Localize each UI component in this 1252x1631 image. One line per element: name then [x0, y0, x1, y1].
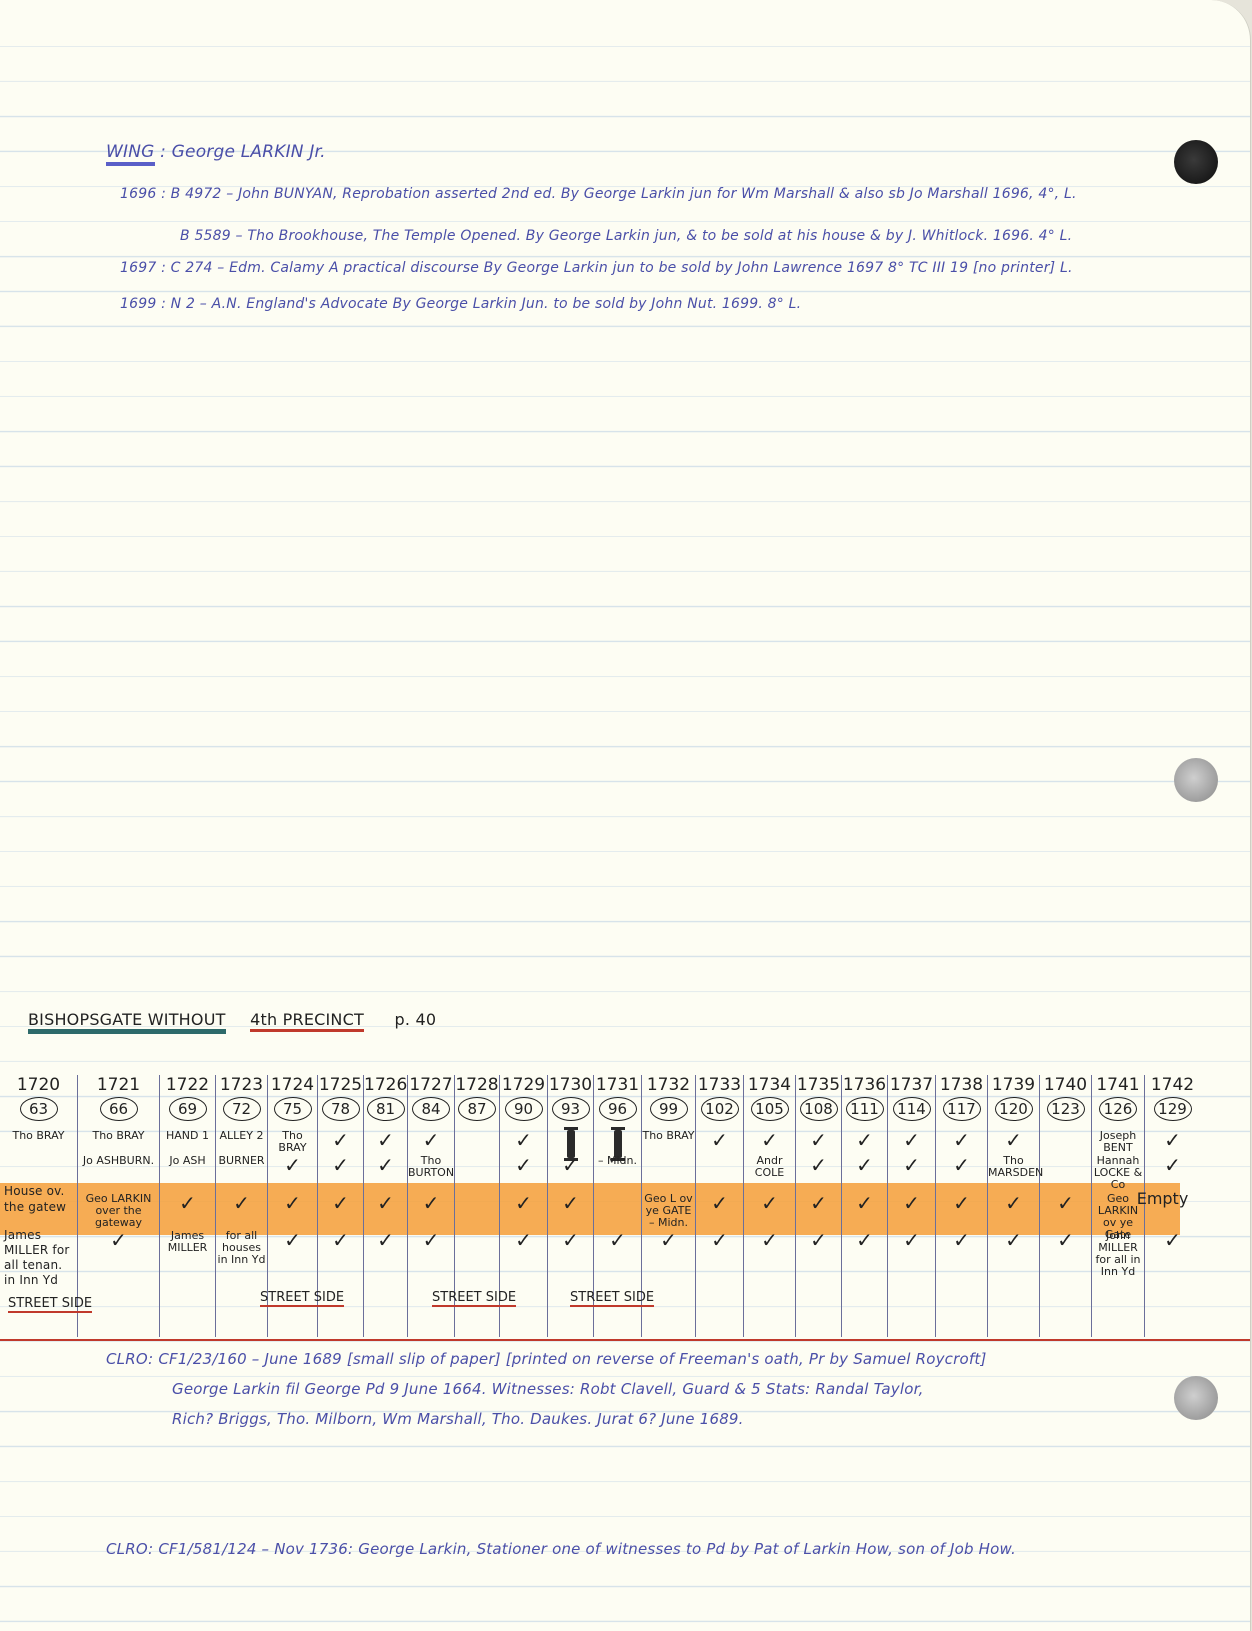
column-circled-number: 81	[367, 1097, 405, 1121]
check-mark-icon: ✓	[888, 1155, 935, 1175]
check-mark-icon: ✓	[548, 1230, 593, 1250]
check-mark-icon: ✓	[548, 1193, 593, 1213]
table-title: BISHOPSGATE WITHOUT 4th PRECINCT p. 40	[28, 1010, 436, 1029]
column-year: 1741	[1092, 1075, 1144, 1095]
check-mark-icon: ✓	[696, 1193, 743, 1213]
year-column: 1735108✓✓✓✓	[796, 1075, 842, 1337]
check-mark-icon: ✓	[936, 1193, 987, 1213]
occupant-name: Tho BRAY	[268, 1130, 317, 1154]
column-year: 1720	[0, 1075, 77, 1095]
year-column: 1737114✓✓✓✓	[888, 1075, 936, 1337]
column-year: 1730	[548, 1075, 593, 1095]
punch-hole-icon	[1174, 758, 1218, 802]
year-column: 172681✓✓✓✓	[364, 1075, 408, 1337]
column-year: 1733	[696, 1075, 743, 1095]
check-mark-icon: ✓	[642, 1230, 695, 1250]
check-mark-icon: ✓	[364, 1230, 407, 1250]
occupant-name: Andr COLE	[744, 1155, 795, 1179]
occupant-name: Tho MARSDEN	[988, 1155, 1039, 1179]
check-mark-icon: ✓	[408, 1130, 454, 1150]
column-circled-number: 123	[1047, 1097, 1085, 1121]
wing-entry-ref: N 2	[171, 296, 195, 312]
occupant-name: Geo LARKIN over the gateway	[78, 1193, 159, 1229]
check-mark-icon: ✓	[318, 1193, 363, 1213]
check-mark-icon: ✓	[500, 1155, 547, 1175]
wing-entry-ref: B 4972	[171, 186, 222, 202]
check-mark-icon: ✓	[216, 1193, 267, 1213]
check-mark-icon: ✓	[318, 1130, 363, 1150]
column-year: 1738	[936, 1075, 987, 1095]
check-mark-icon: ✓	[594, 1230, 641, 1250]
check-mark-icon: ✓	[936, 1155, 987, 1175]
occupant-name: Hannah LOCKE & Co	[1092, 1155, 1144, 1191]
occupant-name: Tho BRAY	[0, 1130, 77, 1142]
check-mark-icon: ✓	[888, 1230, 935, 1250]
notebook-page: WING : George LARKIN Jr. 1696 : B 4972 –…	[0, 0, 1251, 1631]
wing-entry: 1696 : B 4972 – John BUNYAN, Reprobation…	[120, 186, 1077, 202]
wing-entry: B 5589 – Tho Brookhouse, The Temple Open…	[180, 228, 1072, 244]
check-mark-icon: ✓	[408, 1193, 454, 1213]
occupant-name: – Midn.	[594, 1155, 641, 1167]
punch-hole-icon	[1174, 140, 1218, 184]
check-mark-icon: ✓	[500, 1230, 547, 1250]
column-circled-number: 96	[599, 1097, 637, 1121]
occupant-name: Jo ASH	[160, 1155, 215, 1167]
check-mark-icon: ✓	[988, 1193, 1039, 1213]
check-mark-icon: ✓	[318, 1230, 363, 1250]
column-circled-number: 129	[1154, 1097, 1192, 1121]
column-year: 1729	[500, 1075, 547, 1095]
column-circled-number: 84	[412, 1097, 450, 1121]
check-mark-icon: ✓	[796, 1130, 841, 1150]
wing-entry-year: 1697	[120, 260, 156, 276]
column-circled-number: 90	[505, 1097, 543, 1121]
check-mark-icon: ✓	[888, 1130, 935, 1150]
occupant-name: Empty	[1135, 1193, 1190, 1205]
street-side-label: STREET SIDE	[260, 1290, 344, 1307]
column-circled-number: 66	[100, 1097, 138, 1121]
column-circled-number: 99	[650, 1097, 688, 1121]
note-line: George Larkin fil George Pd 9 June 1664.…	[172, 1380, 924, 1398]
wing-entry-text: A.N. England's Advocate By George Larkin…	[212, 296, 802, 312]
check-mark-icon: ✓	[364, 1130, 407, 1150]
check-mark-icon: ✓	[1145, 1230, 1200, 1250]
column-circled-number: 117	[943, 1097, 981, 1121]
check-mark-icon: ✓	[796, 1193, 841, 1213]
wing-entry-text: Tho Brookhouse, The Temple Opened. By Ge…	[247, 228, 1072, 244]
punch-hole-icon	[1174, 1376, 1218, 1420]
check-mark-icon: ✓	[500, 1193, 547, 1213]
column-year: 1734	[744, 1075, 795, 1095]
column-year: 1731	[594, 1075, 641, 1095]
column-circled-number: 78	[322, 1097, 360, 1121]
year-column: 1736111✓✓✓✓	[842, 1075, 888, 1337]
check-mark-icon: ✓	[1040, 1230, 1091, 1250]
check-mark-icon: ✓	[888, 1193, 935, 1213]
check-mark-icon: ✓	[744, 1193, 795, 1213]
column-circled-number: 72	[223, 1097, 261, 1121]
street-side-label: STREET SIDE	[432, 1290, 516, 1307]
year-column: 1740123✓✓	[1040, 1075, 1092, 1337]
occupant-name: James MILLER	[160, 1230, 215, 1254]
check-mark-icon: ✓	[1145, 1130, 1200, 1150]
column-year: 1728	[455, 1075, 499, 1095]
column-year: 1735	[796, 1075, 841, 1095]
column-year: 1724	[268, 1075, 317, 1095]
check-mark-icon: ✓	[364, 1155, 407, 1175]
street-side-label: STREET SIDE	[570, 1290, 654, 1307]
check-mark-icon: ✓	[936, 1230, 987, 1250]
check-mark-icon: ✓	[500, 1130, 547, 1150]
wing-entry: 1697 : C 274 – Edm. Calamy A practical d…	[120, 260, 1073, 276]
column-circled-number: 75	[274, 1097, 312, 1121]
column-circled-number: 120	[995, 1097, 1033, 1121]
row-label-miller: James MILLER for all tenan. in Inn Yd	[4, 1228, 76, 1288]
check-mark-icon: ✓	[268, 1230, 317, 1250]
check-mark-icon: ✓	[842, 1230, 887, 1250]
wing-entry-ref: C 274	[171, 260, 213, 276]
check-mark-icon: ✓	[936, 1130, 987, 1150]
check-mark-icon: ✓	[548, 1155, 593, 1175]
table-title-part1: BISHOPSGATE WITHOUT	[28, 1010, 226, 1034]
year-column: 172269HAND 1Jo ASH✓James MILLER	[160, 1075, 216, 1337]
check-mark-icon: ✓	[988, 1130, 1039, 1150]
column-circled-number: 102	[701, 1097, 739, 1121]
occupant-name: John MILLER for all in Inn Yd	[1092, 1230, 1144, 1278]
column-year: 1742	[1145, 1075, 1200, 1095]
check-mark-icon: ✓	[842, 1155, 887, 1175]
occupant-name: HAND 1	[160, 1130, 215, 1142]
wing-heading: WING : George LARKIN Jr.	[106, 142, 326, 162]
wing-entry-text: Edm. Calamy A practical discourse By Geo…	[229, 260, 1073, 276]
note-line: Rich? Briggs, Tho. Milborn, Wm Marshall,…	[172, 1410, 744, 1428]
check-mark-icon: ✓	[744, 1130, 795, 1150]
check-mark-icon: ✓	[408, 1230, 454, 1250]
check-mark-icon: ✓	[796, 1155, 841, 1175]
year-column: 1733102✓✓✓	[696, 1075, 744, 1337]
table-bottom-rule	[0, 1339, 1250, 1341]
check-mark-icon: ✓	[1145, 1155, 1200, 1175]
year-column: 1739120✓Tho MARSDEN✓✓	[988, 1075, 1040, 1337]
occupant-name: Jo ASHBURN.	[78, 1155, 159, 1167]
check-mark-icon: ✓	[842, 1130, 887, 1150]
occupant-name: BURNER	[216, 1155, 267, 1167]
street-side-label: STREET SIDE	[8, 1296, 92, 1313]
check-mark-icon: ✓	[988, 1230, 1039, 1250]
check-mark-icon: ✓	[744, 1230, 795, 1250]
column-year: 1725	[318, 1075, 363, 1095]
wing-entry-year: 1699	[120, 296, 156, 312]
check-mark-icon: ✓	[1040, 1193, 1091, 1213]
occupant-name: Tho BRAY	[78, 1130, 159, 1142]
table-title-part2: 4th PRECINCT	[250, 1010, 364, 1032]
check-mark-icon: ✓	[364, 1193, 407, 1213]
wing-entry-year: 1696	[120, 186, 156, 202]
check-mark-icon: ✓	[268, 1193, 317, 1213]
check-mark-icon: ✓	[696, 1230, 743, 1250]
note-line: CLRO: CF1/23/160 – June 1689 [small slip…	[106, 1350, 987, 1368]
occupant-name: Tho BURTON	[408, 1155, 454, 1179]
column-year: 1739	[988, 1075, 1039, 1095]
occupant-name: for all houses in Inn Yd	[216, 1230, 267, 1266]
column-circled-number: 69	[169, 1097, 207, 1121]
check-mark-icon: ✓	[160, 1193, 215, 1213]
column-year: 1727	[408, 1075, 454, 1095]
column-circled-number: 93	[552, 1097, 590, 1121]
check-mark-icon: ✓	[268, 1155, 317, 1175]
column-year: 1726	[364, 1075, 407, 1095]
year-column: 1734105✓Andr COLE✓✓	[744, 1075, 796, 1337]
column-circled-number: 105	[751, 1097, 789, 1121]
column-circled-number: 114	[893, 1097, 931, 1121]
note-line: CLRO: CF1/581/124 – Nov 1736: George Lar…	[106, 1540, 1016, 1558]
occupant-name: Joseph BENT	[1092, 1130, 1144, 1154]
wing-entry: 1699 : N 2 – A.N. England's Advocate By …	[120, 296, 801, 312]
wing-entry-ref: B 5589	[180, 228, 231, 244]
occupant-name: Tho BRAY	[642, 1130, 695, 1142]
check-mark-icon: ✓	[696, 1130, 743, 1150]
column-year: 1737	[888, 1075, 935, 1095]
occupant-name: Geo L ov ye GATE – Midn.	[642, 1193, 695, 1229]
column-circled-number: 63	[20, 1097, 58, 1121]
column-year: 1732	[642, 1075, 695, 1095]
column-year: 1736	[842, 1075, 887, 1095]
check-mark-icon: ✓	[78, 1230, 159, 1250]
year-column: 1742129✓✓Empty✓	[1145, 1075, 1200, 1337]
row-label-gateway: House ov. the gatew	[4, 1183, 74, 1215]
occupant-name: ALLEY 2	[216, 1130, 267, 1142]
wing-label: WING	[106, 142, 155, 166]
year-column: 1738117✓✓✓✓	[936, 1075, 988, 1337]
column-circled-number: 87	[458, 1097, 496, 1121]
check-mark-icon: ✓	[842, 1193, 887, 1213]
page-reference: p. 40	[395, 1010, 437, 1029]
column-circled-number: 111	[846, 1097, 884, 1121]
wing-subject: George LARKIN Jr.	[172, 142, 326, 162]
column-circled-number: 108	[800, 1097, 838, 1121]
column-year: 1721	[78, 1075, 159, 1095]
column-year: 1722	[160, 1075, 215, 1095]
column-year: 1723	[216, 1075, 267, 1095]
column-circled-number: 126	[1099, 1097, 1137, 1121]
wing-entry-text: John BUNYAN, Reprobation asserted 2nd ed…	[238, 186, 1077, 202]
column-year: 1740	[1040, 1075, 1091, 1095]
check-mark-icon: ✓	[796, 1230, 841, 1250]
check-mark-icon: ✓	[318, 1155, 363, 1175]
